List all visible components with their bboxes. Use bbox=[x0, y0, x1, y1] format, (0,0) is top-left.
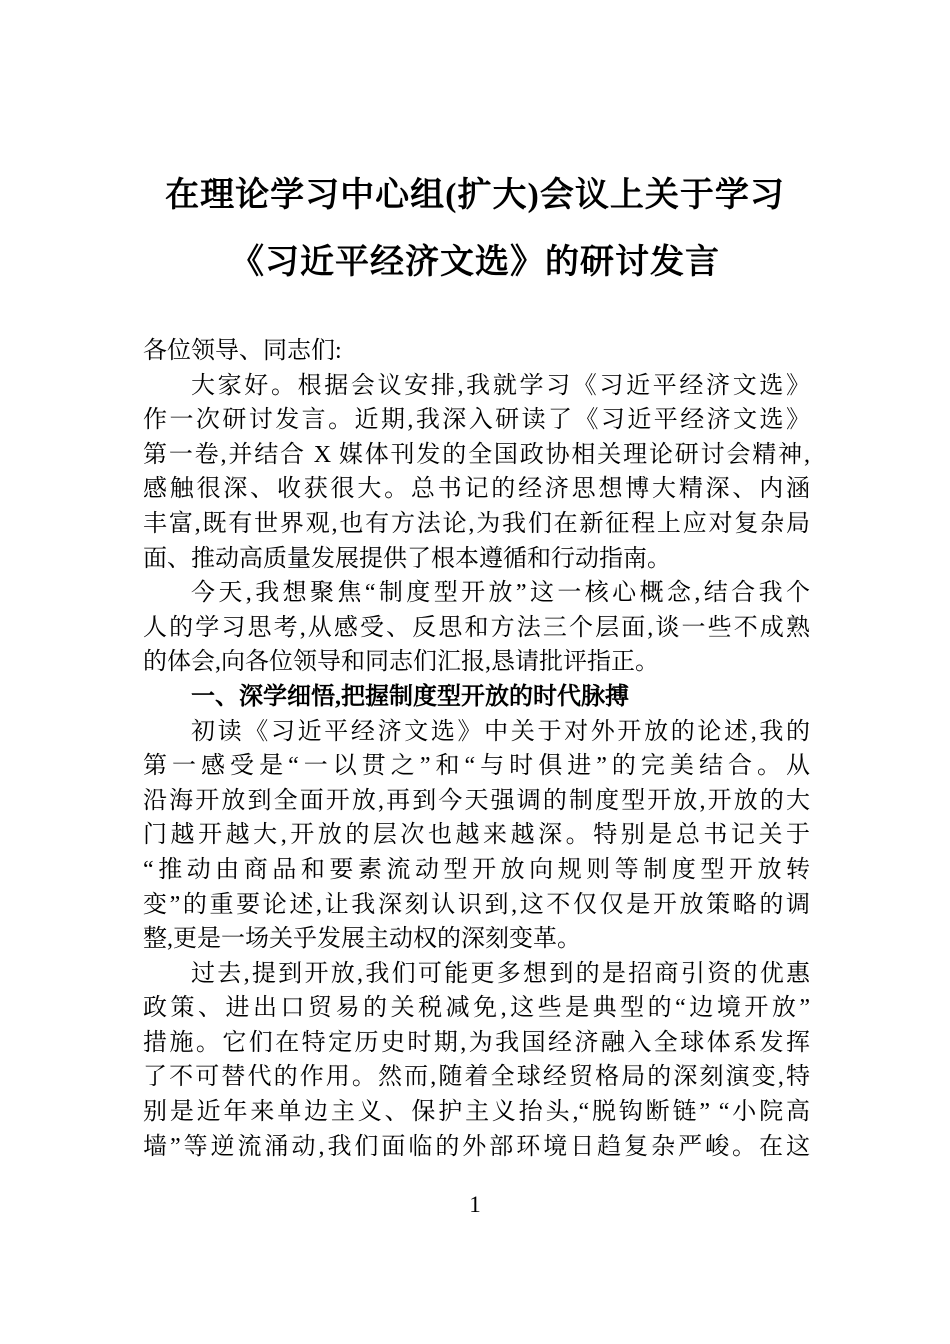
body-line: 墙”等逆流涌动,我们面临的外部环境日趋复杂严峻。在这 bbox=[143, 1130, 810, 1165]
page-number: 1 bbox=[0, 1188, 950, 1222]
body-line: 门越开越大,开放的层次也越来越深。特别是总书记关于 bbox=[143, 818, 810, 853]
body-line: 了不可替代的作用。然而,随着全球经贸格局的深刻演变,特 bbox=[143, 1060, 810, 1095]
body-line: 大家好。根据会议安排,我就学习《习近平经济文选》 bbox=[143, 369, 810, 404]
body-line: 整,更是一场关乎发展主动权的深刻变革。 bbox=[143, 922, 810, 957]
body-line: 面、推动高质量发展提供了根本遵循和行动指南。 bbox=[143, 542, 810, 577]
body-line: 过去,提到开放,我们可能更多想到的是招商引资的优惠 bbox=[143, 957, 810, 992]
body-line: 丰富,既有世界观,也有方法论,为我们在新征程上应对复杂局 bbox=[143, 507, 810, 542]
body-line: 沿海开放到全面开放,再到今天强调的制度型开放,开放的大 bbox=[143, 784, 810, 819]
body-line: 今天,我想聚焦“制度型开放”这一核心概念,结合我个 bbox=[143, 576, 810, 611]
document-page: 在理论学习中心组(扩大)会议上关于学习 《习近平经济文选》的研讨发言 各位领导、… bbox=[0, 0, 950, 1344]
body-line: 的体会,向各位领导和同志们汇报,恳请批评指正。 bbox=[143, 645, 810, 680]
body-line: 变”的重要论述,让我深刻认识到,这不仅仅是开放策略的调 bbox=[143, 888, 810, 923]
body-line: “推动由商品和要素流动型开放向规则等制度型开放转 bbox=[143, 853, 810, 888]
document-title: 在理论学习中心组(扩大)会议上关于学习 《习近平经济文选》的研讨发言 bbox=[0, 162, 950, 296]
section-heading: 一、深学细悟,把握制度型开放的时代脉搏 bbox=[143, 680, 810, 715]
body-line: 感触很深、收获很大。总书记的经济思想博大精深、内涵 bbox=[143, 472, 810, 507]
body-line: 别是近年来单边主义、保护主义抬头,“脱钩断链” “小院高 bbox=[143, 1095, 810, 1130]
body-line: 人的学习思考,从感受、反思和方法三个层面,谈一些不成熟 bbox=[143, 611, 810, 646]
body-line: 第一卷,并结合 X 媒体刊发的全国政协相关理论研讨会精神, bbox=[143, 438, 810, 473]
body-line: 措施。它们在特定历史时期,为我国经济融入全球体系发挥 bbox=[143, 1026, 810, 1061]
body-line: 初读《习近平经济文选》中关于对外开放的论述,我的 bbox=[143, 715, 810, 750]
body-line: 作一次研讨发言。近期,我深入研读了《习近平经济文选》 bbox=[143, 403, 810, 438]
body-line: 第一感受是“一以贯之”和“与时俱进”的完美结合。从 bbox=[143, 749, 810, 784]
document-body: 各位领导、同志们:大家好。根据会议安排,我就学习《习近平经济文选》作一次研讨发言… bbox=[143, 334, 810, 1164]
body-line: 政策、进出口贸易的关税减免,这些是典型的“边境开放” bbox=[143, 991, 810, 1026]
document-title-line-1: 在理论学习中心组(扩大)会议上关于学习 bbox=[0, 162, 950, 229]
document-title-line-2: 《习近平经济文选》的研讨发言 bbox=[0, 229, 950, 296]
body-line: 各位领导、同志们: bbox=[143, 334, 810, 369]
